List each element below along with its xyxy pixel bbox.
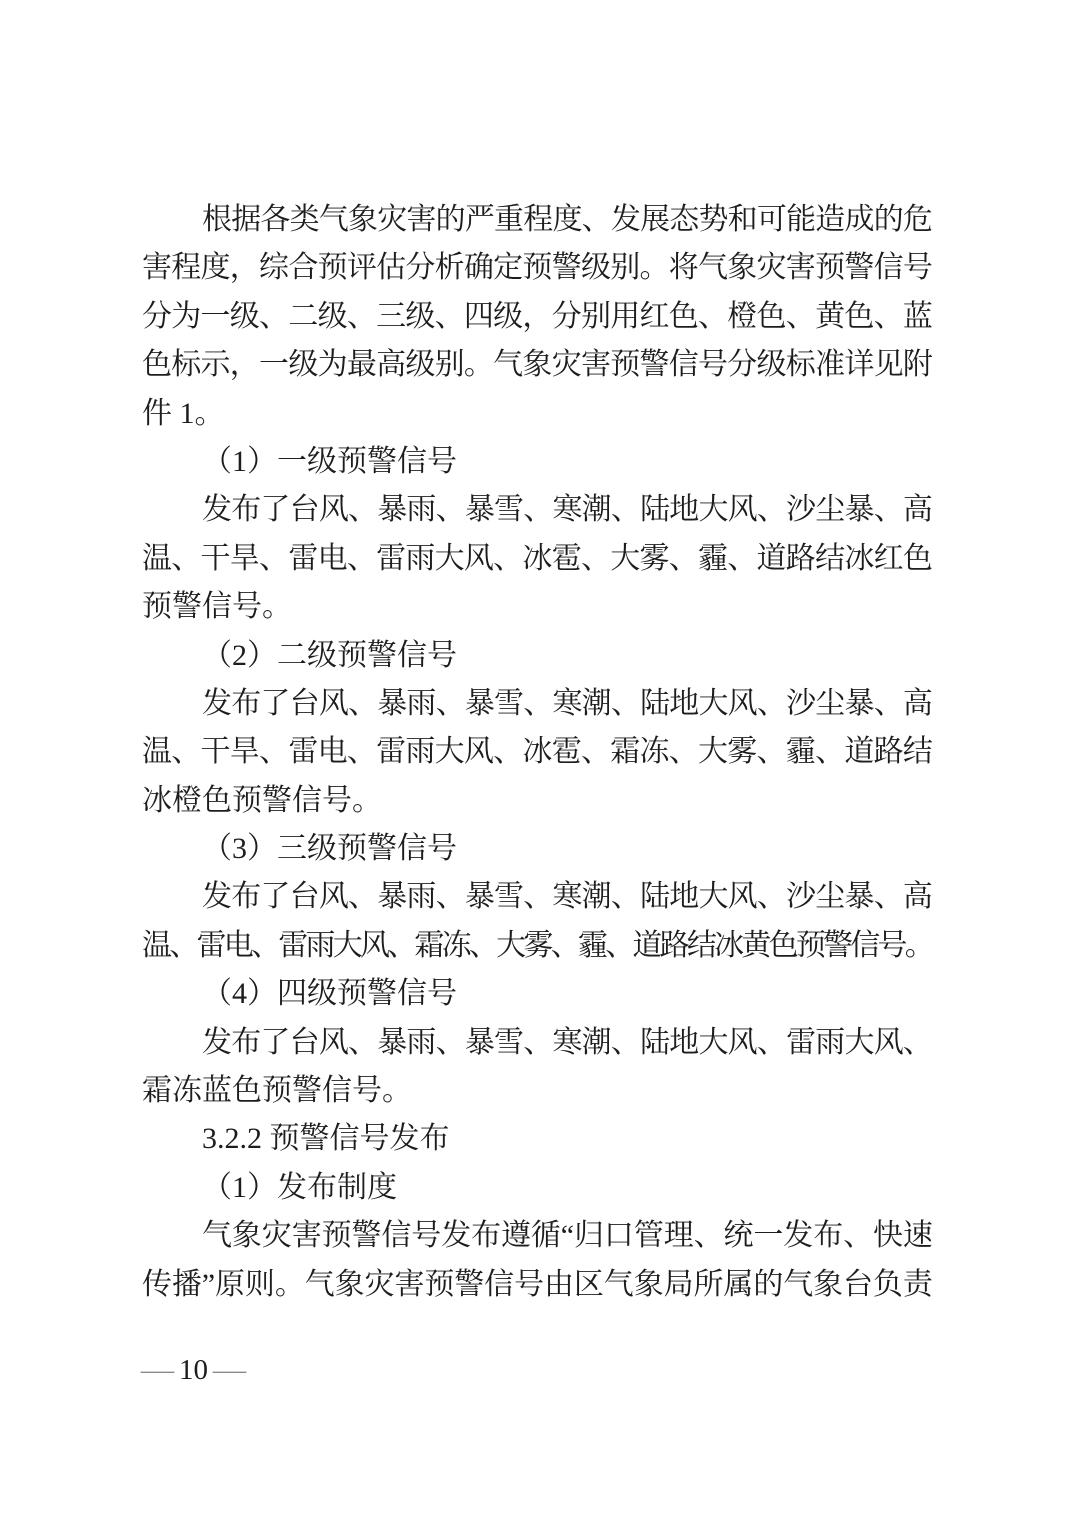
document-line: 气象灾害预警信号发布遵循“归口管理、统一发布、快速 [142,1212,932,1260]
document-line: 冰橙色预警信号。 [142,777,932,825]
document-line: 霜冻蓝色预警信号。 [142,1067,932,1115]
document-line: 温、干旱、雷电、雷雨大风、冰雹、霜冻、大雾、霾、道路结 [142,728,932,776]
document-line: 3.2.2 预警信号发布 [142,1115,932,1163]
page-footer: — 10 — [143,1350,244,1390]
document-line: 根据各类气象灾害的严重程度、发展态势和可能造成的危 [142,196,932,244]
document-line: （1）一级预警信号 [142,438,932,486]
document-line: 传播”原则。气象灾害预警信号由区气象局所属的气象台负责 [142,1261,932,1309]
document-line: 发布了台风、暴雨、暴雪、寒潮、陆地大风、沙尘暴、高 [142,486,932,534]
document-line: 件 1。 [142,390,932,438]
document-line: 色标示，一级为最高级别。气象灾害预警信号分级标准详见附 [142,341,932,389]
document-line: 发布了台风、暴雨、暴雪、寒潮、陆地大风、雷雨大风、 [142,1019,932,1067]
document-line: 发布了台风、暴雨、暴雪、寒潮、陆地大风、沙尘暴、高 [142,680,932,728]
document-line: 害程度，综合预评估分析确定预警级别。将气象灾害预警信号 [142,244,932,292]
document-line: （4）四级预警信号 [142,970,932,1018]
footer-dash-right: — [213,1356,246,1385]
document-line: 分为一级、二级、三级、四级，分别用红色、橙色、黄色、蓝 [142,293,932,341]
document-line: 预警信号。 [142,583,932,631]
document-body: 根据各类气象灾害的严重程度、发展态势和可能造成的危害程度，综合预评估分析确定预警… [142,196,932,1309]
document-line: 发布了台风、暴雨、暴雪、寒潮、陆地大风、沙尘暴、高 [142,873,932,921]
document-line: （2）二级预警信号 [142,632,932,680]
page-number: 10 [179,1356,208,1385]
document-line: （3）三级预警信号 [142,825,932,873]
document-page: 根据各类气象灾害的严重程度、发展态势和可能造成的危害程度，综合预评估分析确定预警… [0,0,1074,1520]
footer-dash-left: — [141,1356,174,1385]
document-line: 温、雷电、雷雨大风、霜冻、大雾、霾、道路结冰黄色预警信号。 [142,922,932,970]
document-line: 温、干旱、雷电、雷雨大风、冰雹、大雾、霾、道路结冰红色 [142,535,932,583]
document-line: （1）发布制度 [142,1164,932,1212]
